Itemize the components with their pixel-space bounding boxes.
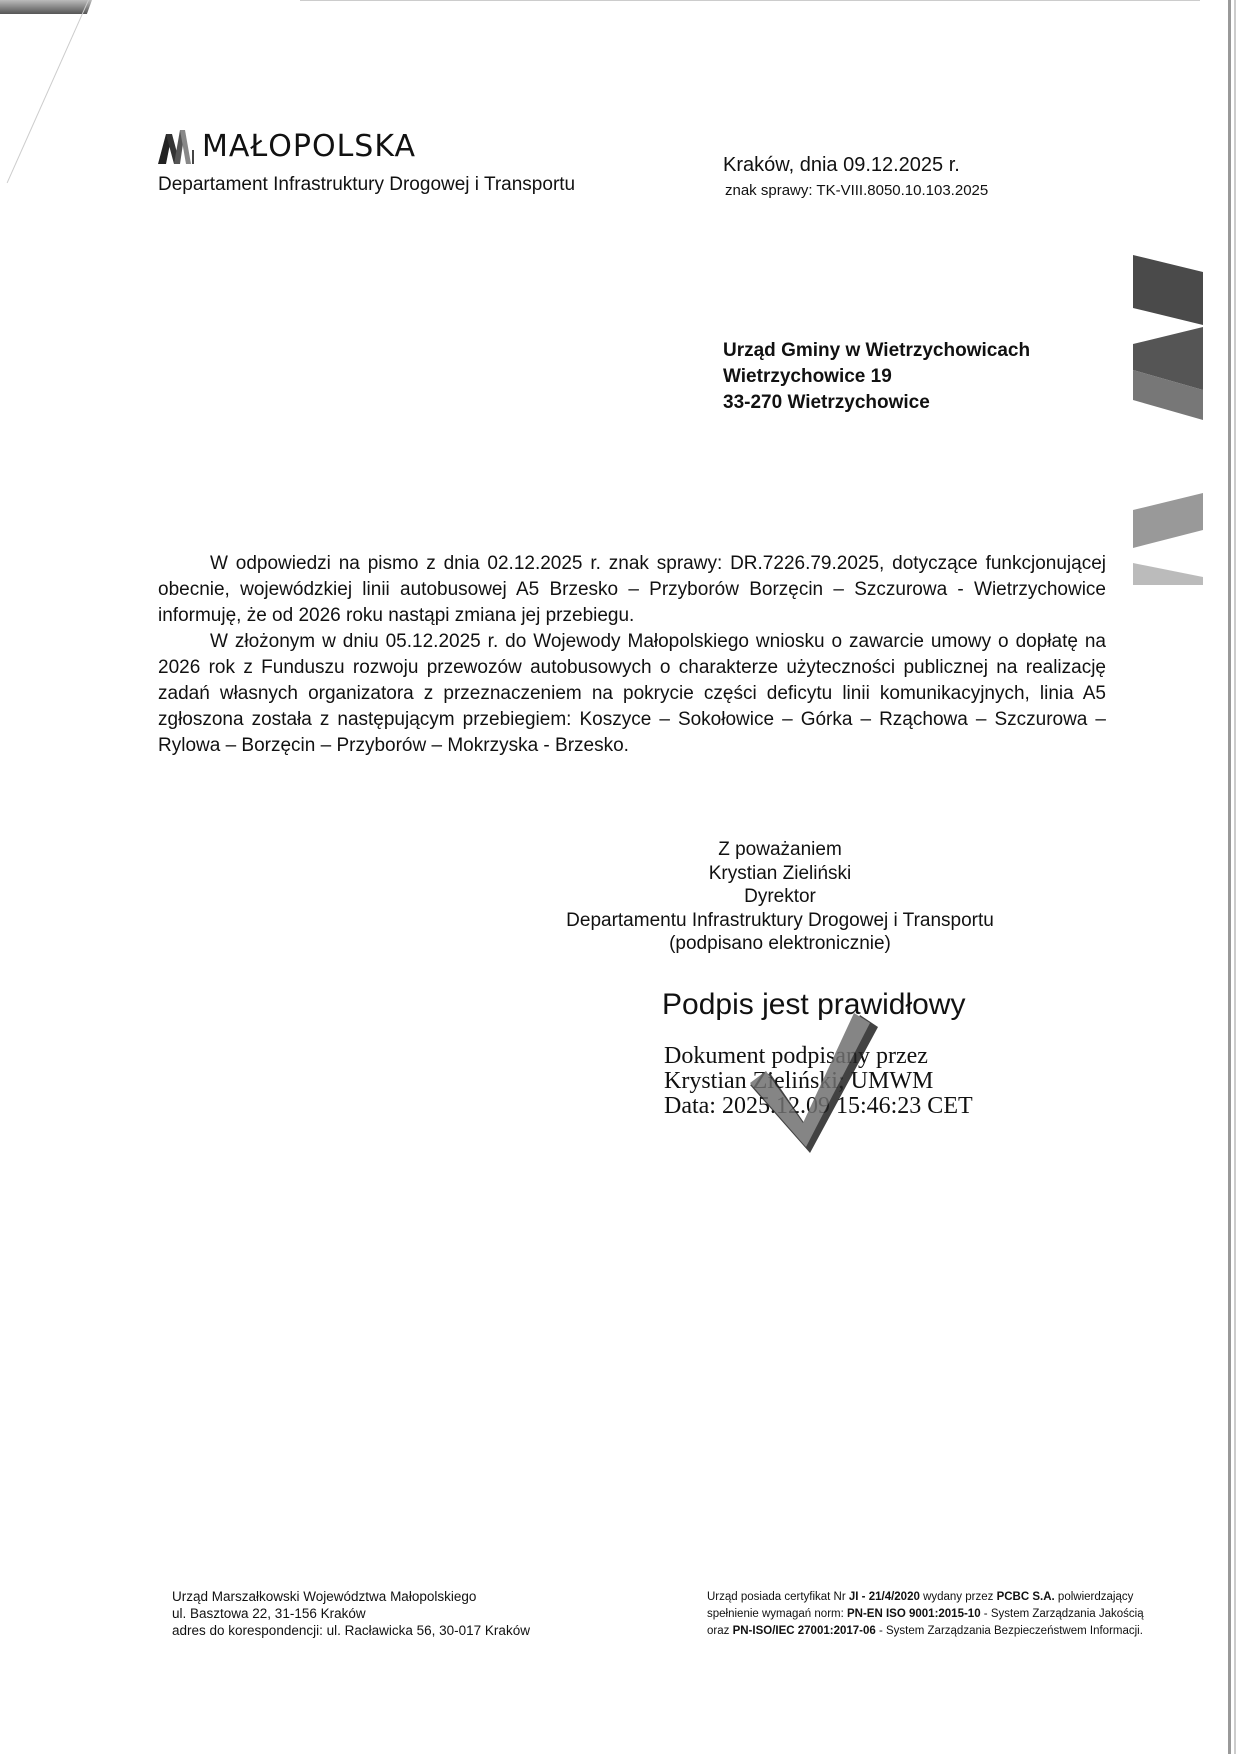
body-paragraph: W złożonym w dniu 05.12.2025 r. do Wojew…	[158, 629, 1106, 759]
checkmark-icon	[750, 1005, 880, 1155]
department-name: Departament Infrastruktury Drogowej i Tr…	[158, 174, 575, 196]
footer-line: adres do korespondencji: ul. Racławicka …	[172, 1622, 530, 1639]
scan-artifact-edge	[1234, 0, 1236, 1754]
scan-artifact-top	[0, 0, 92, 14]
footer-address: Urząd Marszałkowski Województwa Małopols…	[172, 1588, 530, 1639]
recipient-line: Wietrzychowice 19	[723, 364, 1030, 390]
closing-block: Z poważaniem Krystian Zieliński Dyrektor…	[540, 838, 1020, 956]
recipient-line: 33-270 Wietrzychowice	[723, 390, 1030, 416]
footer-line: oraz PN-ISO/IEC 27001:2017-06 - System Z…	[707, 1623, 1144, 1640]
footer-line: ul. Basztowa 22, 31-156 Kraków	[172, 1605, 530, 1622]
logo-text: MAŁOPOLSKA	[202, 130, 416, 164]
malopolska-logo-icon	[158, 130, 196, 164]
recipient-line: Urząd Gminy w Wietrzychowicach	[723, 338, 1030, 364]
scan-registration-marks	[1130, 250, 1210, 590]
letter-body: W odpowiedzi na pismo z dnia 02.12.2025 …	[158, 551, 1106, 759]
signatory-title: Dyrektor	[540, 885, 1020, 909]
scan-artifact-diagonal	[7, 0, 89, 183]
recipient-address: Urząd Gminy w Wietrzychowicach Wietrzych…	[723, 338, 1030, 416]
footer-certificate: Urząd posiada certyfikat Nr JI - 21/4/20…	[707, 1589, 1144, 1640]
scan-artifact-edge	[1228, 0, 1231, 1754]
footer-line: Urząd Marszałkowski Województwa Małopols…	[172, 1588, 530, 1605]
footer-line: spełnienie wymagań norm: PN-EN ISO 9001:…	[707, 1606, 1144, 1623]
signature-note: (podpisano elektronicznie)	[540, 932, 1020, 956]
scan-artifact-line	[300, 0, 1200, 1]
signatory-name: Krystian Zieliński	[540, 862, 1020, 886]
logo: MAŁOPOLSKA	[158, 130, 416, 164]
signatory-department: Departamentu Infrastruktury Drogowej i T…	[540, 909, 1020, 933]
footer-line: Urząd posiada certyfikat Nr JI - 21/4/20…	[707, 1589, 1144, 1606]
reference-number: znak sprawy: TK-VIII.8050.10.103.2025	[725, 182, 988, 199]
body-paragraph: W odpowiedzi na pismo z dnia 02.12.2025 …	[158, 551, 1106, 629]
closing-greeting: Z poważaniem	[540, 838, 1020, 862]
place-date: Kraków, dnia 09.12.2025 r.	[723, 154, 960, 177]
